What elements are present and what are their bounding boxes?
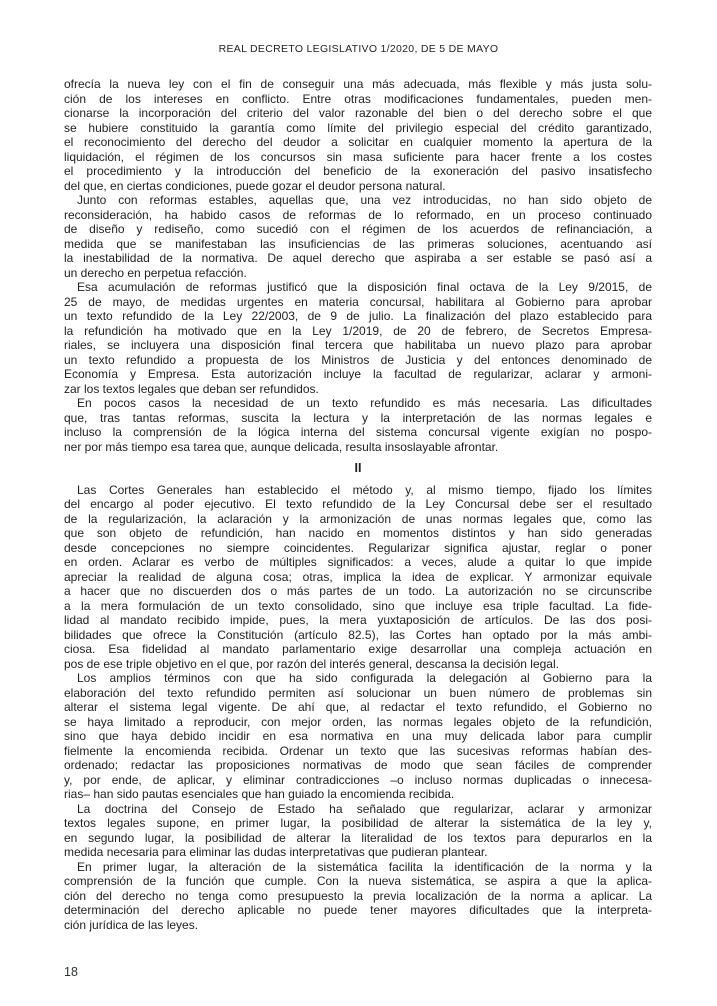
text-line: que, tras tantas reformas, suscita la le… — [64, 411, 652, 426]
text-line: a hacer que no discuerden dos o más part… — [64, 584, 652, 599]
text-line: bilidades que ofrece la Constitución (ar… — [64, 628, 652, 643]
paragraph: ofrecía la nueva ley con el fin de conse… — [64, 77, 652, 193]
text-line: Esa acumulación de reformas justificó qu… — [64, 280, 652, 295]
text-line: medida necesaria para eliminar las dudas… — [64, 845, 652, 860]
section-heading: II — [64, 461, 652, 476]
paragraph: Esa acumulación de reformas justificó qu… — [64, 280, 652, 396]
text-line: a la mera formulación de un texto consol… — [64, 599, 652, 614]
paragraph: La doctrina del Consejo de Estado ha señ… — [64, 802, 652, 860]
text-line: se hubiere constituido la garantía como … — [64, 121, 652, 136]
text-line: apreciar la realidad de alguna cosa; otr… — [64, 570, 652, 585]
text-line: fielmente la encomienda recibida. Ordena… — [64, 744, 652, 759]
text-line: se haya limitado a reproducir, con mejor… — [64, 715, 652, 730]
text-line: textos legales supone, en primer lugar, … — [64, 816, 652, 831]
text-line: desde concepciones no siempre coincident… — [64, 541, 652, 556]
text-line: Junto con reformas estables, aquellas qu… — [64, 193, 652, 208]
text-line: 25 de mayo, de medidas urgentes en mater… — [64, 295, 652, 310]
text-line: sino que haya debido incidir en esa norm… — [64, 729, 652, 744]
paragraph: Las Cortes Generales han establecido el … — [64, 483, 652, 672]
text-line: liquidación, el régimen de los concursos… — [64, 150, 652, 165]
text-line: en orden. Aclarar es verbo de múltiples … — [64, 555, 652, 570]
text-line: un texto refundido a propuesta de los Mi… — [64, 353, 652, 368]
text-line: de diseño y rediseño, como sucedió con e… — [64, 222, 652, 237]
document-page: REAL DECRETO LEGISLATIVO 1/2020, DE 5 DE… — [0, 0, 717, 1006]
text-line: en segundo lugar, la posibilidad de alte… — [64, 831, 652, 846]
text-line: incluso la comprensión de la lógica inte… — [64, 425, 652, 440]
text-line: En primer lugar, la alteración de la sis… — [64, 860, 652, 875]
text-line: la refundición ha motivado que en la Ley… — [64, 324, 652, 339]
text-line: el procedimiento y la introducción del b… — [64, 164, 652, 179]
text-line: el reconocimiento del derecho del deudor… — [64, 135, 652, 150]
text-line: ordenado; redactar las proposiciones nor… — [64, 758, 652, 773]
text-line: La doctrina del Consejo de Estado ha señ… — [64, 802, 652, 817]
text-line: elaboración del texto refundido permiten… — [64, 686, 652, 701]
text-line: lidad al mandato recibido impide, pues, … — [64, 613, 652, 628]
body-text: ofrecía la nueva ley con el fin de conse… — [64, 77, 652, 932]
text-line: pos de ese triple objetivo en el que, po… — [64, 657, 652, 672]
text-line: alterar el sistema legal vigente. De ahí… — [64, 700, 652, 715]
text-line: de la regularización, la aclaración y la… — [64, 512, 652, 527]
text-line: riales, se incluyera una disposición fin… — [64, 338, 652, 353]
text-line: cionarse la incorporación del criterio d… — [64, 106, 652, 121]
text-line: Economía y Empresa. Esta autorización in… — [64, 367, 652, 382]
paragraph: Junto con reformas estables, aquellas qu… — [64, 193, 652, 280]
text-line: del encargo al poder ejecutivo. El texto… — [64, 497, 652, 512]
text-line: medida que se manifestaban las insuficie… — [64, 237, 652, 252]
text-line: ner por más tiempo esa tarea que, aunque… — [64, 440, 652, 455]
paragraph: En pocos casos la necesidad de un texto … — [64, 396, 652, 454]
text-line: rias– han sido pautas esenciales que han… — [64, 787, 652, 802]
text-line: ción de los intereses en conflicto. Entr… — [64, 92, 652, 107]
text-line: determinación del derecho aplicable no p… — [64, 903, 652, 918]
text-line: ofrecía la nueva ley con el fin de conse… — [64, 77, 652, 92]
text-line: zar los textos legales que deban ser ref… — [64, 382, 652, 397]
text-line: que son objeto de refundición, han nacid… — [64, 526, 652, 541]
text-line: ciosa. Esa fidelidad al mandato parlamen… — [64, 642, 652, 657]
paragraph: En primer lugar, la alteración de la sis… — [64, 860, 652, 933]
text-line: del que, en ciertas condiciones, puede g… — [64, 179, 652, 194]
text-line: reconsideración, ha habido casos de refo… — [64, 208, 652, 223]
paragraph: Los amplios términos con que ha sido con… — [64, 671, 652, 802]
text-line: y, por ende, de aplicar, y eliminar cont… — [64, 773, 652, 788]
running-header: REAL DECRETO LEGISLATIVO 1/2020, DE 5 DE… — [0, 43, 717, 55]
text-line: En pocos casos la necesidad de un texto … — [64, 396, 652, 411]
text-line: Los amplios términos con que ha sido con… — [64, 671, 652, 686]
text-line: comprensión de la función que cumple. Co… — [64, 874, 652, 889]
text-line: ción jurídica de las leyes. — [64, 918, 652, 933]
text-line: la inestabilidad de la normativa. De aqu… — [64, 251, 652, 266]
text-line: ción del derecho no tenga como presupues… — [64, 889, 652, 904]
page-number: 18 — [64, 965, 78, 979]
text-line: un texto refundido de la Ley 22/2003, de… — [64, 309, 652, 324]
text-line: un derecho en perpetua refacción. — [64, 266, 652, 281]
text-line: Las Cortes Generales han establecido el … — [64, 483, 652, 498]
